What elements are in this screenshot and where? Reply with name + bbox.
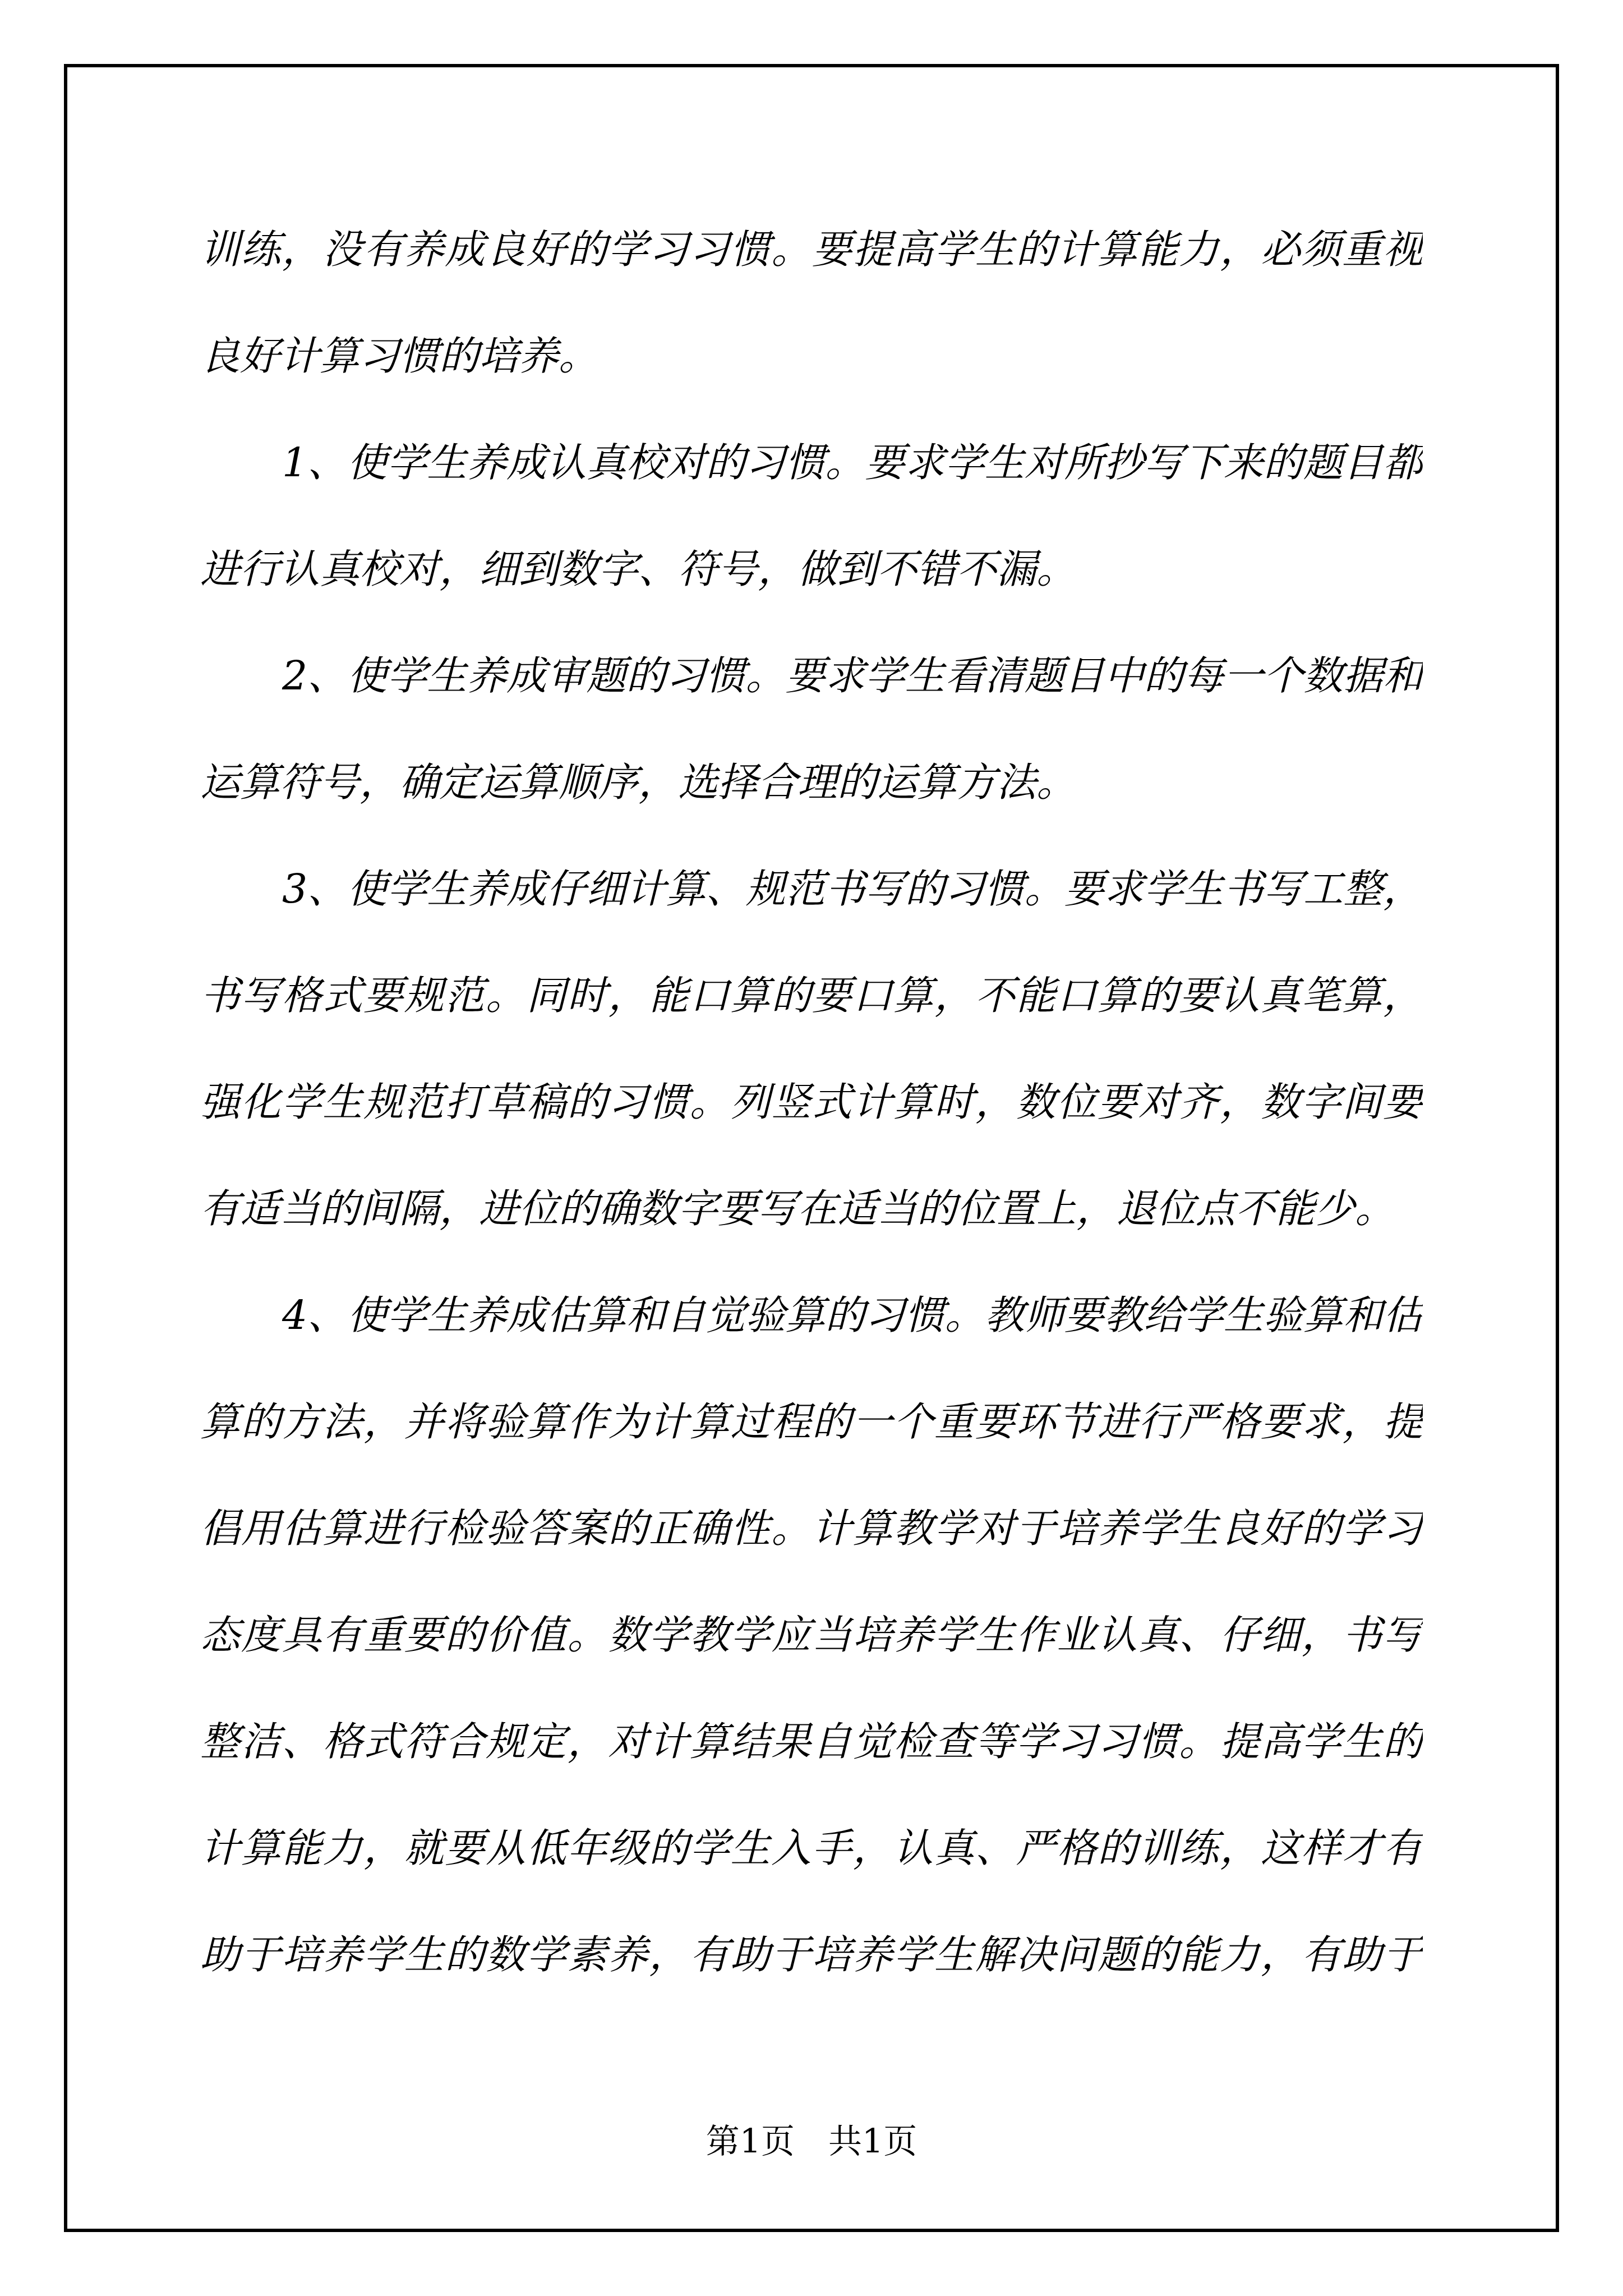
text-line: 2、使学生养成审题的习惯。要求学生看清题目中的每一个数据和 <box>200 623 1423 729</box>
page-number-label: 第1页 共1页 <box>706 2122 917 2161</box>
page-footer: 第1页 共1页 <box>64 2125 1559 2159</box>
text-line: 训练，没有养成良好的学习习惯。要提高学生的计算能力，必须重视 <box>200 196 1423 303</box>
text-line: 进行认真校对，细到数字、符号，做到不错不漏。 <box>200 516 1423 623</box>
text-line: 书写格式要规范。同时，能口算的要口算，不能口算的要认真笔算， <box>200 942 1423 1049</box>
text-line: 3、使学生养成仔细计算、规范书写的习惯。要求学生书写工整， <box>200 836 1423 942</box>
text-line: 4、使学生养成估算和自觉验算的习惯。教师要教给学生验算和估 <box>200 1262 1423 1369</box>
text-line: 运算符号，确定运算顺序，选择合理的运算方法。 <box>200 729 1423 836</box>
text-line: 算的方法，并将验算作为计算过程的一个重要环节进行严格要求，提 <box>200 1369 1423 1475</box>
document-page: 训练，没有养成良好的学习习惯。要提高学生的计算能力，必须重视 良好计算习惯的培养… <box>0 0 1623 2296</box>
text-line: 良好计算习惯的培养。 <box>200 303 1423 409</box>
text-line: 态度具有重要的价值。数学教学应当培养学生作业认真、仔细，书写 <box>200 1582 1423 1688</box>
text-line: 整洁、格式符合规定，对计算结果自觉检查等学习习惯。提高学生的 <box>200 1688 1423 1795</box>
text-line: 有适当的间隔，进位的确数字要写在适当的位置上，退位点不能少。 <box>200 1156 1423 1262</box>
text-line: 强化学生规范打草稿的习惯。列竖式计算时，数位要对齐，数字间要 <box>200 1049 1423 1156</box>
text-line: 助于培养学生的数学素养，有助于培养学生解决问题的能力，有助于 <box>200 1902 1423 2008</box>
text-line: 计算能力，就要从低年级的学生入手，认真、严格的训练，这样才有 <box>200 1795 1423 1902</box>
body-text: 训练，没有养成良好的学习习惯。要提高学生的计算能力，必须重视 良好计算习惯的培养… <box>200 196 1423 2008</box>
text-line: 倡用估算进行检验答案的正确性。计算教学对于培养学生良好的学习 <box>200 1475 1423 1582</box>
text-line: 1、使学生养成认真校对的习惯。要求学生对所抄写下来的题目都 <box>200 409 1423 516</box>
